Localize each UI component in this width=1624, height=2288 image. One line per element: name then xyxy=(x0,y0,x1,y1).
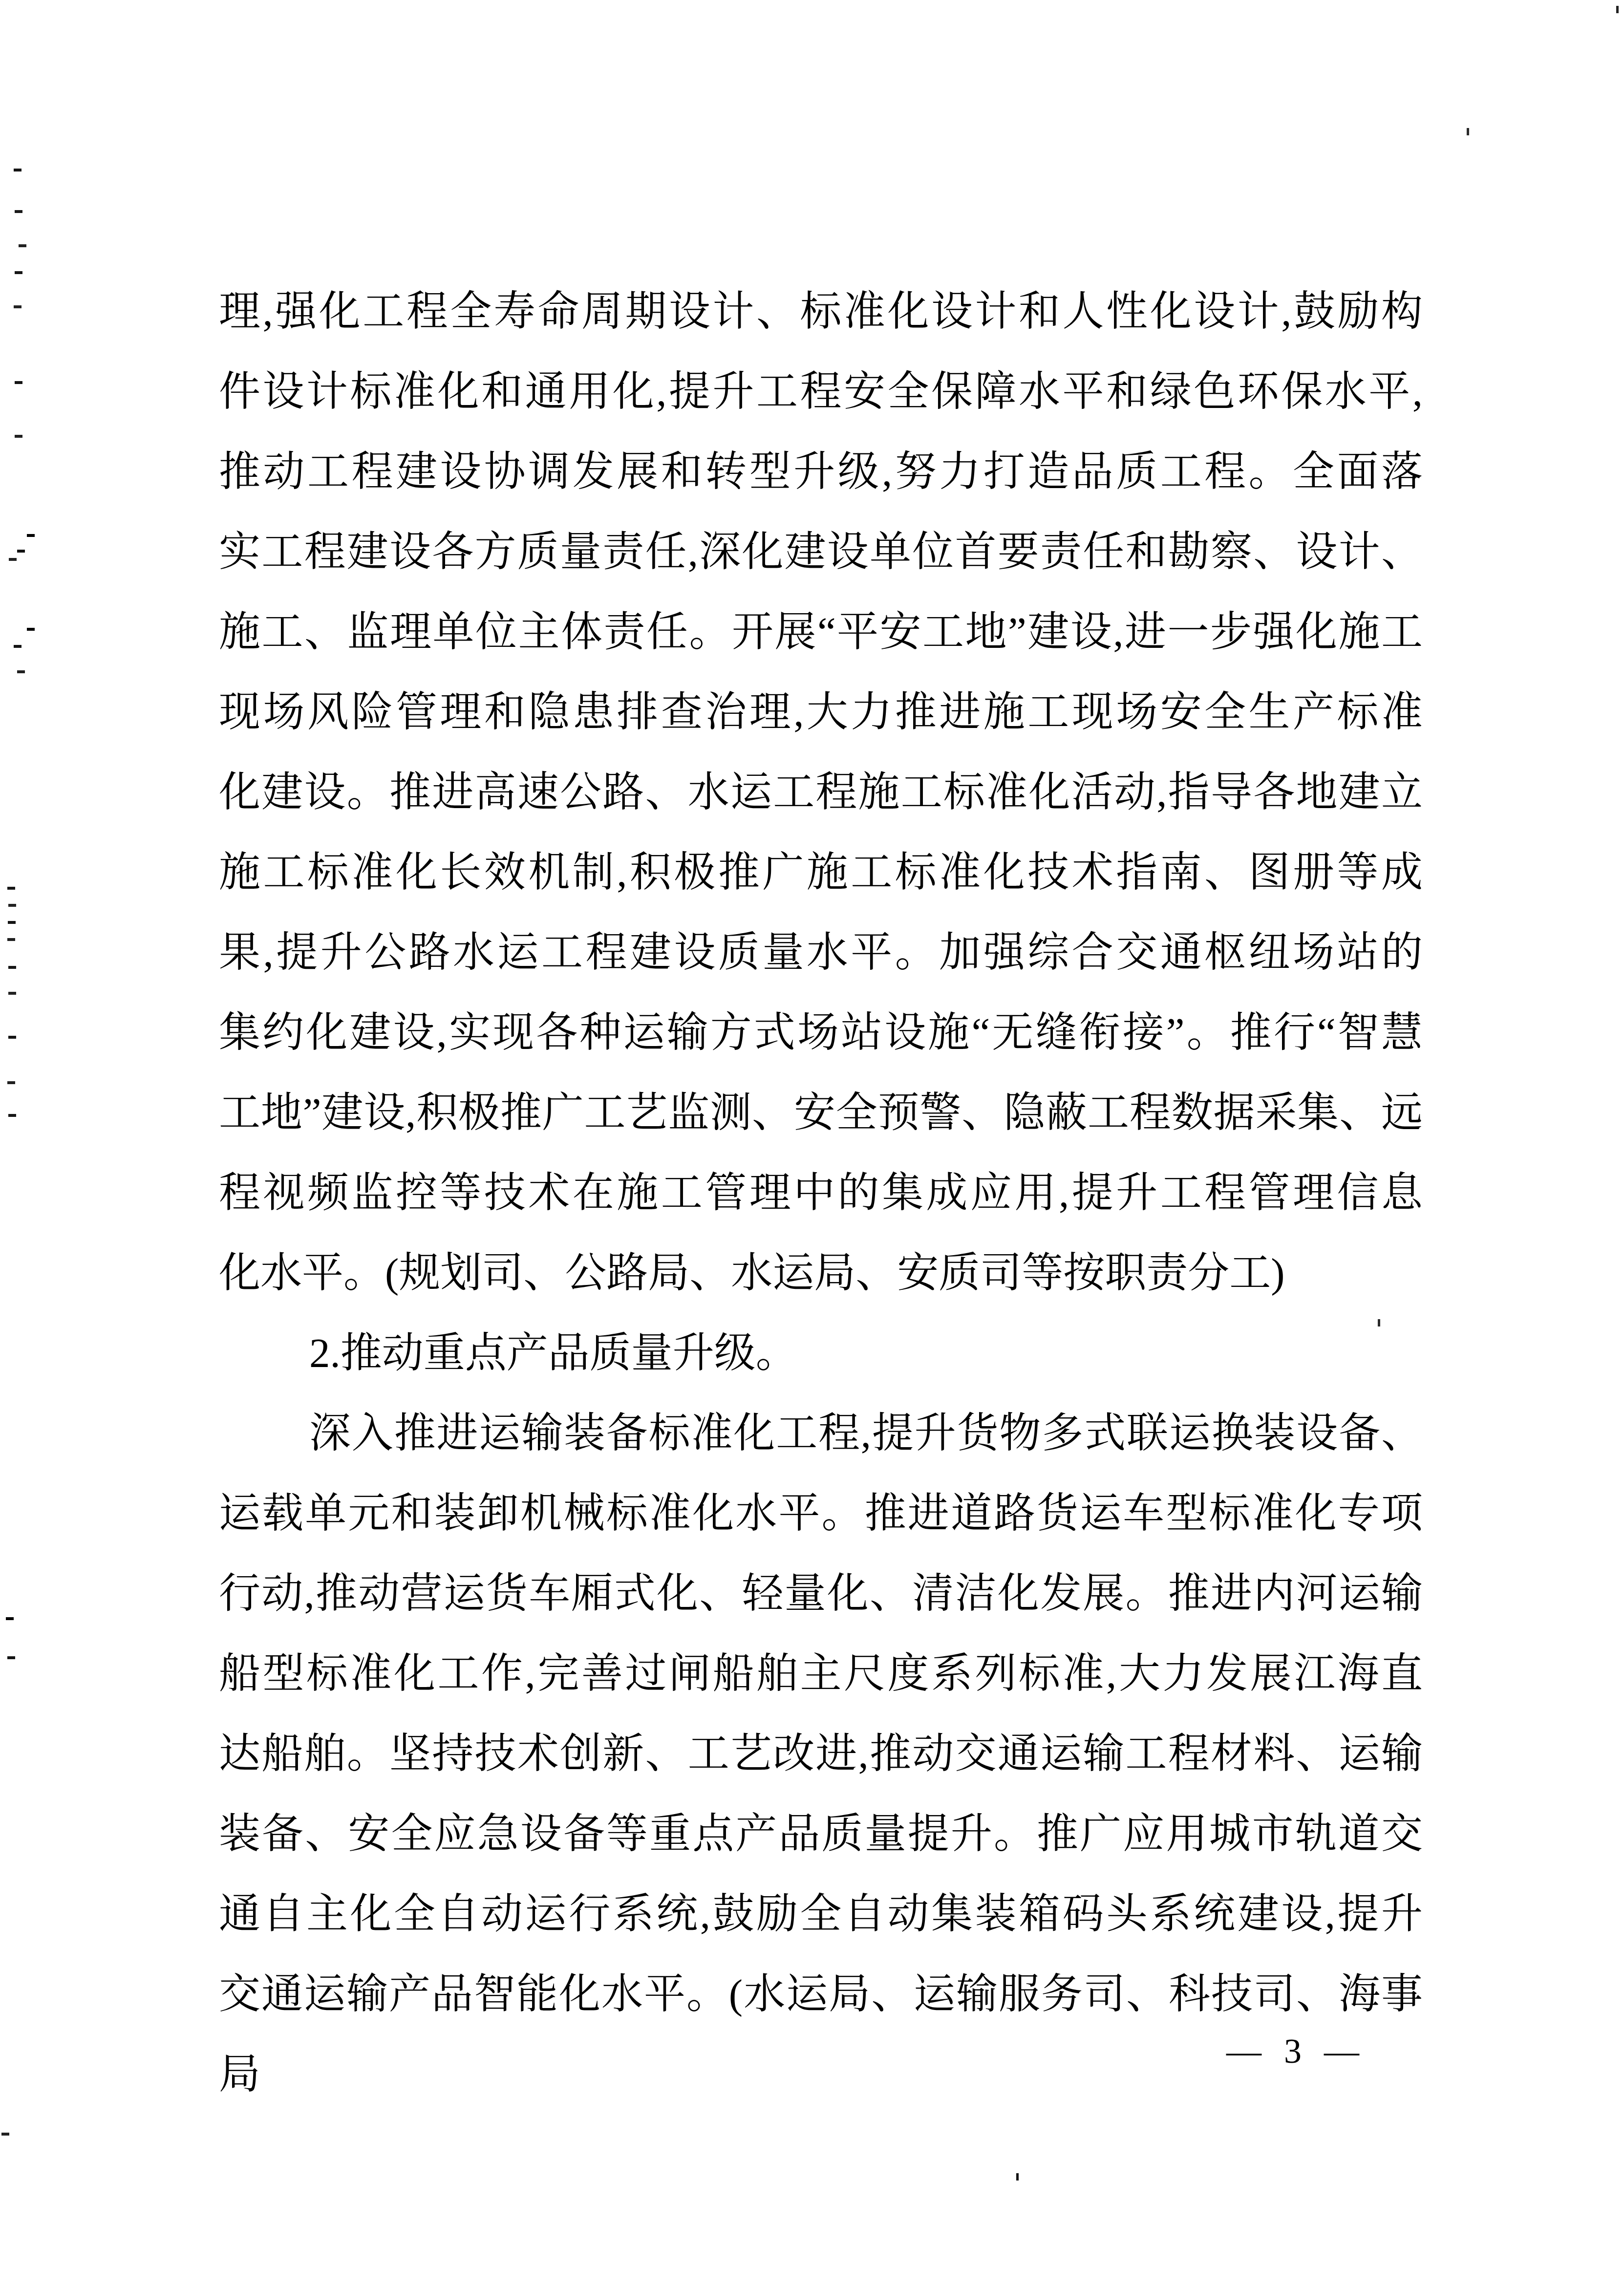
document-line: 运载单元和装卸机械标准化水平。推进道路货运车型标准化专项 xyxy=(219,1474,1423,1554)
document-line: 现场风险管理和隐患排查治理,大力推进施工现场安全生产标准 xyxy=(219,672,1423,752)
section-heading-line: 2.推动重点产品质量升级。 xyxy=(219,1313,1423,1393)
document-line: 化水平。(规划司、公路局、水运局、安质司等按职责分工) xyxy=(219,1233,1423,1313)
document-line: 施工、监理单位主体责任。开展“平安工地”建设,进一步强化施工 xyxy=(219,592,1423,672)
document-line: 装备、安全应急设备等重点产品质量提升。推广应用城市轨道交 xyxy=(219,1794,1423,1874)
document-line: 工地”建设,积极推广工艺监测、安全预警、隐蔽工程数据采集、远 xyxy=(219,1073,1423,1153)
document-line: 行动,推动营运货车厢式化、轻量化、清洁化发展。推进内河运输 xyxy=(219,1554,1423,1634)
document-line: 实工程建设各方质量责任,深化建设单位首要责任和勘察、设计、 xyxy=(219,512,1423,592)
document-line: 船型标准化工作,完善过闸船舶主尺度系列标准,大力发展江海直 xyxy=(219,1634,1423,1714)
document-line: 集约化建设,实现各种运输方式场站设施“无缝衔接”。推行“智慧 xyxy=(219,993,1423,1073)
document-line: 化建设。推进高速公路、水运工程施工标准化活动,指导各地建立 xyxy=(219,752,1423,833)
document-line: 程视频监控等技术在施工管理中的集成应用,提升工程管理信息 xyxy=(219,1153,1423,1233)
page-number: — 3 — xyxy=(1226,2027,1366,2075)
document-line: 果,提升公路水运工程建设质量水平。加强综合交通枢纽场站的 xyxy=(219,913,1423,993)
document-page: 理,强化工程全寿命周期设计、标准化设计和人性化设计,鼓励构 件设计标准化和通用化… xyxy=(0,0,1624,2288)
document-line: 通自主化全自动运行系统,鼓励全自动集装箱码头系统建设,提升 xyxy=(219,1874,1423,1954)
document-line: 交通运输产品智能化水平。(水运局、运输服务司、科技司、海事局 xyxy=(219,1954,1423,2034)
document-line: 理,强化工程全寿命周期设计、标准化设计和人性化设计,鼓励构 xyxy=(219,272,1423,352)
document-line: 达船舶。坚持技术创新、工艺改进,推动交通运输工程材料、运输 xyxy=(219,1714,1423,1794)
document-line: 件设计标准化和通用化,提升工程安全保障水平和绿色环保水平, xyxy=(219,352,1423,432)
document-line: 施工标准化长效机制,积极推广施工标准化技术指南、图册等成 xyxy=(219,833,1423,913)
document-line: 深入推进运输装备标准化工程,提升货物多式联运换装设备、 xyxy=(219,1393,1423,1474)
document-line: 推动工程建设协调发展和转型升级,努力打造品质工程。全面落 xyxy=(219,432,1423,512)
document-body: 理,强化工程全寿命周期设计、标准化设计和人性化设计,鼓励构 件设计标准化和通用化… xyxy=(219,272,1423,2034)
